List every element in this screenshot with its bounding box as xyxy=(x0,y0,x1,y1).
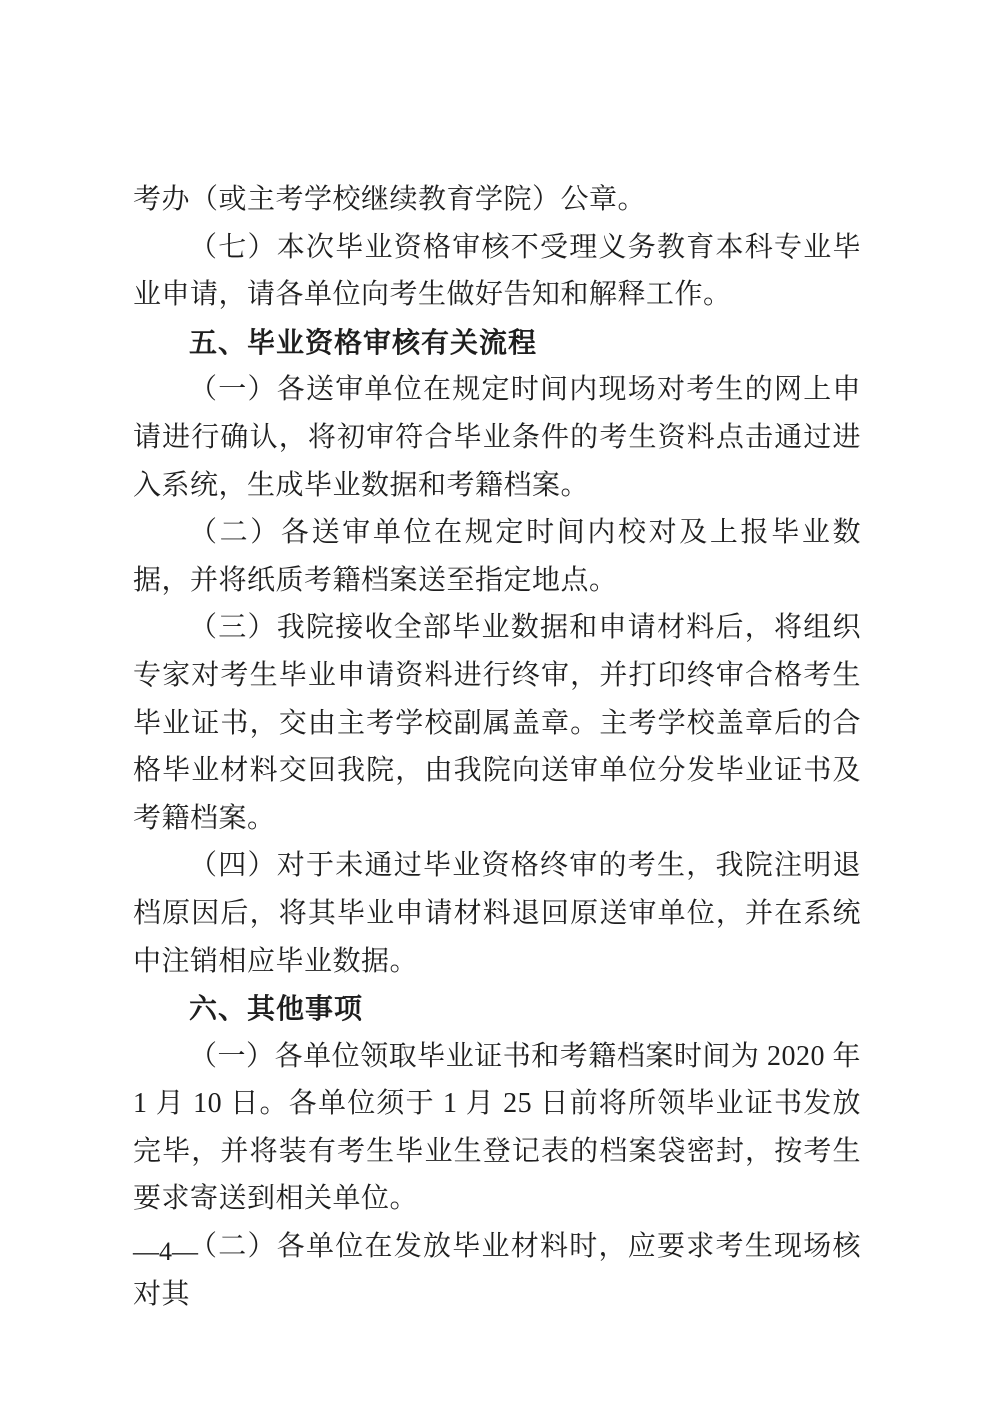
paragraph-other-1: （一）各单位领取毕业证书和考籍档案时间为 2020 年 1 月 10 日。各单位… xyxy=(133,1033,861,1223)
document-page: { "doc": { "paragraphs": [ { "type": "co… xyxy=(0,0,992,1403)
page-number: —4— xyxy=(133,1236,198,1268)
section-heading-6-other-matters: 六、其他事项 xyxy=(133,985,861,1033)
paragraph-process-2: （二）各送审单位在规定时间内校对及上报毕业数据，并将纸质考籍档案送至指定地点。 xyxy=(133,509,861,604)
section-heading-5-review-process: 五、毕业资格审核有关流程 xyxy=(133,319,861,367)
paragraph-continuation-seal: 考办（或主考学校继续教育学院）公章。 xyxy=(133,176,861,224)
paragraph-item-7: （七）本次毕业资格审核不受理义务教育本科专业毕业申请，请各单位向考生做好告知和解… xyxy=(133,224,861,319)
paragraph-process-1: （一）各送审单位在规定时间内现场对考生的网上申请进行确认，将初审符合毕业条件的考… xyxy=(133,366,861,509)
paragraph-process-4: （四）对于未通过毕业资格终审的考生，我院注明退档原因后，将其毕业申请材料退回原送… xyxy=(133,842,861,985)
paragraph-process-3: （三）我院接收全部毕业数据和申请材料后，将组织专家对考生毕业申请资料进行终审，并… xyxy=(133,604,861,842)
paragraph-other-2-truncated: （二）各单位在发放毕业材料时，应要求考生现场核对其 xyxy=(133,1223,861,1318)
document-body: 考办（或主考学校继续教育学院）公章。 （七）本次毕业资格审核不受理义务教育本科专… xyxy=(133,176,861,1318)
page: 考办（或主考学校继续教育学院）公章。 （七）本次毕业资格审核不受理义务教育本科专… xyxy=(0,0,992,1403)
